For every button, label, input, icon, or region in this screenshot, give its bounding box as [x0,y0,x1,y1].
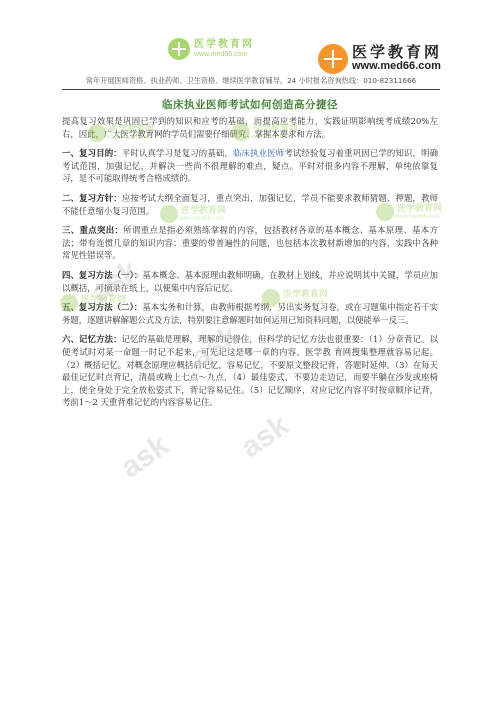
section-heading: 二、复习方针： [62,193,122,203]
document-page: 医学教育网 www.med66.com 医学教育网 www.med66.com … [0,0,500,707]
header-tagline: 常年开展医师资格、执业药师、卫生资格、继续医学教育辅导，24 小时报名咨询热线：… [70,76,432,86]
watermark-ask: ask [115,429,176,486]
header-divider [62,89,440,90]
logo-small-url: www.med66.com [194,51,254,58]
logo-large-url: www.med66.com [352,61,442,73]
section-heading: 一、复习目的： [62,148,122,158]
section-heading: 三、重点突出： [62,225,123,235]
intro-paragraph: 提高复习效果是巩固已学到的知识和应考的基础，而提高应考能力，实践证明影响统考成绩… [62,115,438,140]
section-3: 三、重点突出：所谓重点是指必须熟练掌握的内容，包括教材各章的基本概念、基本原理、… [62,224,438,262]
section-2: 二、复习方针：应按考试大纲全面复习，重点突出，加强记忆，学员不能要求教师猜题、押… [62,192,438,217]
med66-logo-large: 医学教育网 www.med66.com [318,44,442,74]
cross-circle-icon [318,44,348,74]
section-text: 平时认真学习是复习的基础， [122,148,233,158]
section-text: 记忆的基础是理解，理解的记得住，但科学的记忆方法也很重要：（1）分章背记。以便考… [62,334,438,407]
logo-small-cn: 医学教育网 [194,40,254,51]
section-6: 六、记忆方法：记忆的基础是理解，理解的记得住，但科学的记忆方法也很重要：（1）分… [62,333,438,409]
section-5: 五、复习方法（二）：基本实务和计算，由教师根据考纲，另出实务复习卷，或在习题集中… [62,301,438,326]
clinical-physician-link[interactable]: 临床执业医师 [233,148,284,158]
document-title: 临床执业医师考试如何创造高分捷径 [60,97,440,112]
section-heading: 六、记忆方法： [62,334,122,344]
logo-large-cn: 医学教育网 [352,45,442,61]
section-1: 一、复习目的：平时认真学习是复习的基础，临床执业医师考试经验复习着重巩固已学的知… [62,147,438,185]
med66-logo-small: 医学教育网 www.med66.com [168,38,254,60]
cross-circle-icon [168,38,190,60]
watermark-ask: ask [235,409,296,466]
